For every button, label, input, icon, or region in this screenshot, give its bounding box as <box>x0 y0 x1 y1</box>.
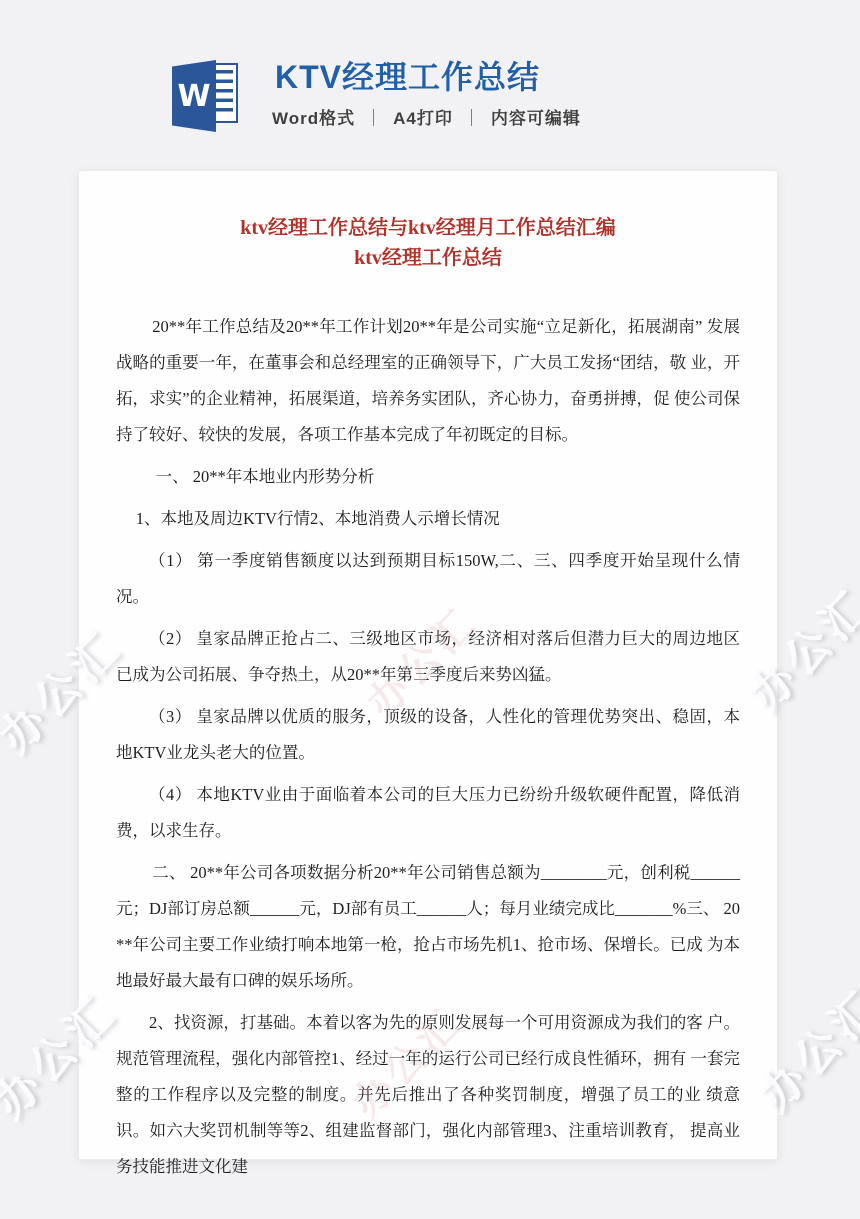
document-paragraph: 1、本地及周边KTV行情2、本地消费人示增长情况 <box>116 501 740 537</box>
word-file-icon: W <box>172 60 238 132</box>
separator: ｜ <box>365 109 383 128</box>
badge-a4-print: A4打印 <box>393 109 453 128</box>
word-icon-text-lines <box>215 70 233 116</box>
badge-editable: 内容可编辑 <box>491 109 581 128</box>
document-paragraph: 二、 20**年公司各项数据分析20**年公司销售总额为________元，创利… <box>116 855 740 999</box>
document-title-line1: ktv经理工作总结与ktv经理月工作总结汇编 <box>116 213 740 243</box>
document-body: 20**年工作总结及20**年工作计划20**年是公司实施“立足新化，拓展湖南”… <box>116 309 740 1185</box>
document-attributes: Word格式｜A4打印｜内容可编辑 <box>272 104 581 129</box>
separator: ｜ <box>463 109 481 128</box>
document-paragraph: （2） 皇家品牌正抢占二、三级地区市场，经济相对落后但潜力巨大的周边地区 已成为… <box>116 621 740 693</box>
header: W KTV经理工作总结 Word格式｜A4打印｜内容可编辑 <box>0 0 860 150</box>
word-icon-w-panel: W <box>172 60 216 132</box>
document-paragraph: （3） 皇家品牌以优质的服务，顶级的设备，人性化的管理优势突出、稳固，本 地KT… <box>116 699 740 771</box>
page-title: KTV经理工作总结 <box>275 52 540 98</box>
document-paragraph: （4） 本地KTV业由于面临着本公司的巨大压力已纷纷升级软硬件配置，降低消 费，… <box>116 777 740 849</box>
document-paragraph: 一、 20**年本地业内形势分析 <box>116 459 740 495</box>
document-page: ktv经理工作总结与ktv经理月工作总结汇编 ktv经理工作总结 20**年工作… <box>78 170 778 1160</box>
document-paragraph: 2、找资源，打基础。本着以客为先的原则发展每一个可用资源成为我们的客 户。规范管… <box>116 1005 740 1185</box>
document-paragraph: （1） 第一季度销售额度以达到预期目标150W,二、三、四季度开始呈现什么情 况… <box>116 543 740 615</box>
document-paragraph: 20**年工作总结及20**年工作计划20**年是公司实施“立足新化，拓展湖南”… <box>116 309 740 453</box>
badge-word-format: Word格式 <box>272 109 355 128</box>
document-title-line2: ktv经理工作总结 <box>116 243 740 273</box>
document-preview-screen: { "header": { "title": "KTV经理工作总结", "bad… <box>0 0 860 1219</box>
